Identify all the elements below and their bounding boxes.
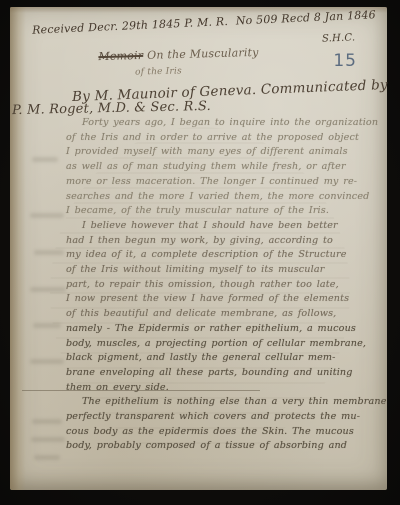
manuscript-line: brane enveloping all these parts, boundi… <box>66 366 382 381</box>
clerk-initials: S.H.C. <box>322 32 356 44</box>
manuscript-line: more or less maceration. The longer I co… <box>66 175 382 190</box>
manuscript-line: my idea of it, a complete description of… <box>66 248 382 263</box>
manuscript-line: I believe however that I should have bee… <box>66 219 382 234</box>
manuscript-line: of the Iris without limiting myself to i… <box>66 263 382 278</box>
bleed-through-mark <box>31 437 65 442</box>
bleed-through-mark <box>33 323 61 328</box>
receipt-stamp: Received Decr. 29th 1845 P. M. R. <box>32 15 228 37</box>
bleed-through-mark <box>30 287 66 292</box>
manuscript-line: them on every side. <box>66 381 382 396</box>
manuscript-line: Forty years ago, I began to inquire into… <box>66 116 382 131</box>
manuscript-line: body, probably composed of a tissue of a… <box>66 439 382 454</box>
title-rest: On the Muscularity <box>147 46 259 62</box>
manuscript-line: of the Iris and in order to arrive at th… <box>66 131 382 146</box>
manuscript-line: as well as of man studying them while fr… <box>66 160 382 175</box>
manuscript-line: searches and the more I varied them, the… <box>66 190 382 205</box>
manuscript-line: perfectly transparent which covers and p… <box>66 410 382 425</box>
manuscript-line: namely - The Epidermis or rather epithel… <box>66 322 382 337</box>
manuscript-line: of this beautiful and delicate membrane,… <box>66 307 382 322</box>
title-struck-word: Memoir <box>98 49 143 63</box>
bleed-through-mark <box>30 213 64 218</box>
manuscript-lines: Forty years ago, I began to inquire into… <box>66 116 382 454</box>
bleed-through-mark <box>32 157 58 162</box>
bleed-through-mark <box>32 419 62 424</box>
manuscript-line: I provided myself with many eyes of diff… <box>66 145 382 160</box>
title: MemoirOn the Muscularity <box>10 44 347 66</box>
bleed-through-mark <box>34 250 64 255</box>
manuscript-line: I became, of the truly muscular nature o… <box>66 204 382 219</box>
manuscript-line: cous body as the epidermis does the Skin… <box>66 425 382 440</box>
manuscript-line: body, muscles, a projecting portion of c… <box>66 337 382 352</box>
manuscript-line: black pigment, and lastly the general ce… <box>66 351 382 366</box>
manuscript-line: had I then begun my work, by giving, acc… <box>66 234 382 249</box>
manuscript-line: part, to repair this omission, though ra… <box>66 278 382 293</box>
manuscript-page: Received Decr. 29th 1845 P. M. R. No 509… <box>10 7 387 490</box>
bleed-through-mark <box>30 359 64 364</box>
bleed-through-mark <box>34 455 60 460</box>
manuscript-line: The epithelium is nothing else than a ve… <box>66 395 382 410</box>
manuscript-line: I now present the view I have formed of … <box>66 292 382 307</box>
subtitle: of the Iris <box>10 63 307 81</box>
